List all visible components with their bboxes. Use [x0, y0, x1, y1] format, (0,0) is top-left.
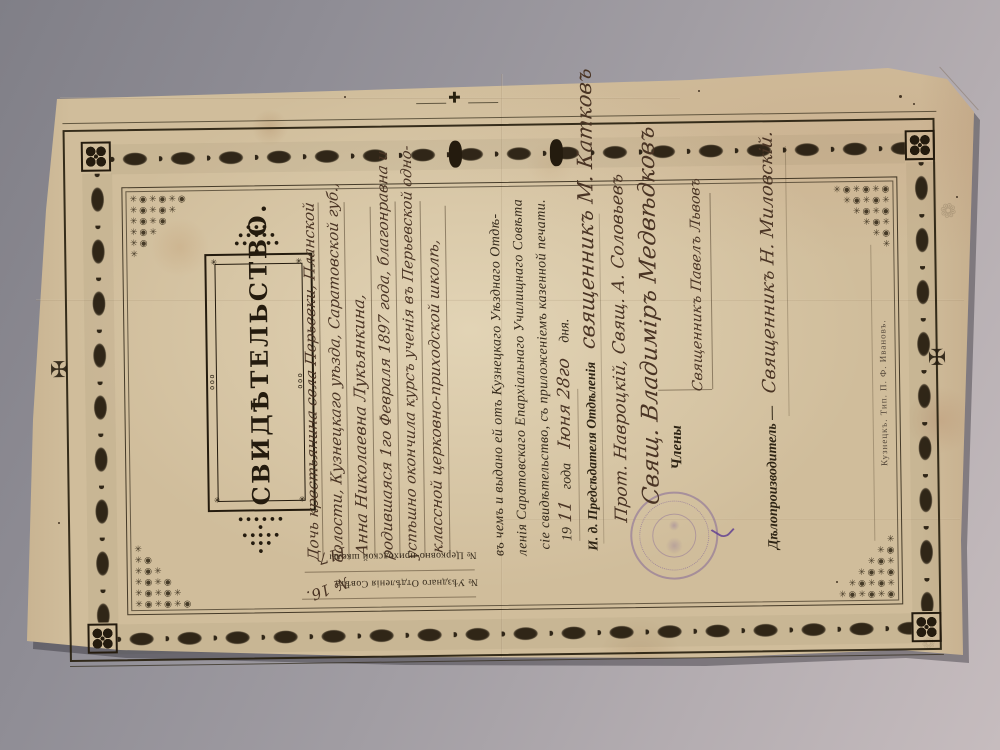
member-signature-3: Священникъ Павелъ Львовъ: [683, 189, 710, 392]
date-printed-mid: года: [559, 463, 574, 490]
crest-side-rule: [416, 103, 446, 104]
quatrefoil-corner-top-right: [905, 130, 935, 160]
crest-side-rule: [468, 102, 498, 103]
date-year-handwritten: 11: [554, 499, 578, 524]
baluster-ornament: [449, 141, 462, 168]
top-cross-crest-icon: ✚: [448, 89, 461, 107]
title-finial-bottom: ● ● ● ● ● ● ●● ● ● ● ●● ● ●●: [236, 515, 287, 556]
clerk-signature: Священникъ Н. Миловскій.: [755, 129, 783, 395]
title-asterisk-icon: ✳: [210, 258, 217, 267]
member-signature-2: Свящ. Владиміръ Медвѣдковъ: [635, 153, 664, 506]
rosette-triangle-top-right: ✳◉✳◉✳◉✳◉✳◉✳✳◉✳◉✳◉✳✳◉✳: [819, 185, 892, 252]
baluster-ornament: [550, 139, 563, 166]
chairman-label: И. д. Предсѣдателя Отдѣленія: [583, 362, 601, 551]
certificate-content: ✚ ✠ ✠ ✳◉✳◉✳◉✳◉✳◉✳✳◉✳◉✳◉✳✳◉✳ ✳◉✳◉✳◉✳◉✳◉✳✳…: [0, 0, 1000, 750]
chairman-signature: священникъ М. Катковъ: [572, 66, 600, 350]
date-printed-suffix: дня.: [557, 319, 572, 343]
braid-border-left: [82, 173, 118, 622]
date-day-month-handwritten: Іюня 28го: [552, 356, 577, 449]
rosette-triangle-bottom-left: ✳✳◉✳◉✳✳◉✳◉✳◉✳◉✳✳◉✳◉✳◉: [134, 544, 207, 611]
date-printed-prefix: 19: [560, 527, 575, 541]
clerk-label: Дѣлопроизводитель —: [764, 406, 781, 550]
body-line-3: Анна Николаевна Лукьянкина,: [346, 244, 374, 557]
right-edge-cross-icon: ✠: [928, 346, 947, 371]
photo-backdrop: ✚ ✠ ✠ ✳◉✳◉✳◉✳◉✳◉✳✳◉✳◉✳◉✳✳◉✳ ✳◉✳◉✳◉✳◉✳◉✳✳…: [0, 0, 1000, 750]
certificate-title: СВИДѢТЕЛЬСТВО.: [241, 255, 278, 505]
title-asterisk-icon: ✳: [214, 496, 221, 505]
rosette-triangle-bottom-right: ✳✳◉✳◉✳✳◉✳◉✳◉✳◉✳✳◉✳◉✳◉: [824, 534, 897, 601]
left-edge-cross-icon: ✠: [50, 358, 69, 383]
quatrefoil-corner-bottom-left: [87, 623, 117, 653]
ghost-flower-icon: ❁: [937, 197, 959, 224]
title-circles-mark: ооо: [208, 362, 216, 390]
body-line-6: классной церковно-приходской школѣ,: [421, 206, 450, 554]
braid-border-right: [906, 162, 942, 611]
rosette-triangle-top-left: ✳◉✳◉✳◉✳◉✳◉✳✳◉✳◉✳◉✳✳◉✳: [129, 194, 202, 261]
members-label: Члены: [664, 399, 689, 469]
quatrefoil-corner-top-left: [81, 141, 111, 171]
